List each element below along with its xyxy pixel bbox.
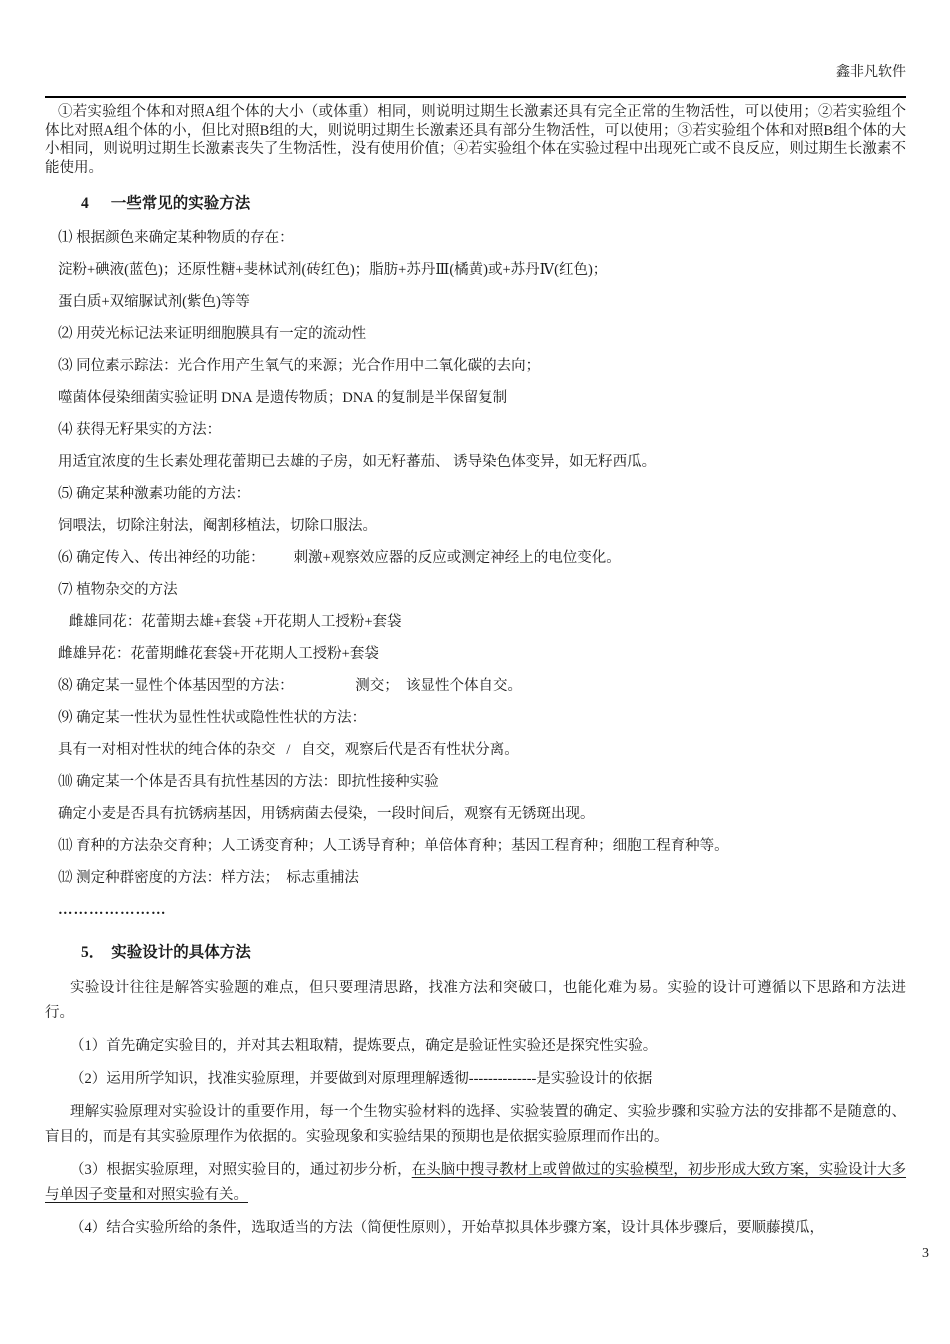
section4-item: ⑵ 用荧光标记法来证明细胞膜具有一定的流动性 (45, 325, 906, 344)
page-header: 鑫非凡软件 (45, 0, 906, 94)
page-number: 3 (922, 1246, 929, 1262)
section5-step-3: （3）根据实验原理，对照实验目的，通过初步分析，在头脑中搜寻教材上或曾做过的实验… (45, 1158, 906, 1208)
section5-step-1: （1）首先确定实验目的，并对其去粗取精，提炼要点，确定是验证性实验还是探究性实验… (45, 1034, 906, 1059)
intro-paragraph: ①若实验组个体和对照A组个体的大小（或体重）相同，则说明过期生长激素还具有完全正… (45, 103, 906, 177)
section4-item: ⑻ 确定某一显性个体基因型的方法： 测交； 该显性个体自交。 (45, 677, 906, 696)
section-4-title: 一些常见的实验方法 (111, 195, 251, 212)
section-5-heading: 5．实验设计的具体方法 (45, 940, 906, 962)
section4-item: 噬菌体侵染细菌实验证明 DNA 是遗传物质；DNA 的复制是半保留复制 (45, 389, 906, 408)
header-rule (45, 96, 906, 98)
section4-item: ⑸ 确定某种激素功能的方法： (45, 485, 906, 504)
section4-item: ⑹ 确定传入、传出神经的功能： 刺激+观察效应器的反应或测定神经上的电位变化。 (45, 549, 906, 568)
section4-item: ⑺ 植物杂交的方法 (45, 581, 906, 600)
section4-item: 雌雄异花：花蕾期雌花套袋+开花期人工授粉+套袋 (45, 645, 906, 664)
section4-item: ⑾ 育种的方法杂交育种；人工诱变育种；人工诱导育种；单倍体育种；基因工程育种；细… (45, 837, 906, 856)
section5-step-2: （2）运用所学知识，找准实验原理，并要做到对原理理解透彻------------… (45, 1067, 906, 1092)
section4-item: ⑼ 确定某一性状为显性性状或隐性性状的方法： (45, 709, 906, 728)
section5-paragraph: 理解实验原理对实验设计的重要作用，每一个生物实验材料的选择、实验装置的确定、实验… (45, 1100, 906, 1150)
section5-paragraph: 实验设计往往是解答实验题的难点，但只要理清思路，找准方法和突破口，也能化难为易。… (45, 976, 906, 1026)
header-watermark: 鑫非凡软件 (836, 65, 906, 80)
section-5-number: 5． (81, 940, 104, 962)
section4-item: ⑿ 测定种群密度的方法：样方法； 标志重捕法 (45, 869, 906, 888)
document-page: 鑫非凡软件 ①若实验组个体和对照A组个体的大小（或体重）相同，则说明过期生长激素… (0, 0, 950, 1344)
section4-item: ⑽ 确定某一个体是否具有抗性基因的方法：即抗性接种实验 (45, 773, 906, 792)
section4-item: 淀粉+碘液(蓝色)；还原性糖+斐林试剂(砖红色)；脂肪+苏丹Ⅲ(橘黄)或+苏丹Ⅳ… (45, 261, 906, 280)
section4-item: ⑷ 获得无籽果实的方法： (45, 421, 906, 440)
section5-step-4: （4）结合实验所给的条件，选取适当的方法（简便性原则），开始草拟具体步骤方案，设… (45, 1216, 906, 1241)
section4-item: 用适宜浓度的生长素处理花蕾期已去雄的子房，如无籽蕃茄、 诱导染色体变异，如无籽西… (45, 453, 906, 472)
step-3-plain-text: （3）根据实验原理，对照实验目的，通过初步分析， (70, 1162, 412, 1178)
section-4-number: 4 (81, 195, 89, 213)
section4-item: ⑶ 同位素示踪法：光合作用产生氧气的来源；光合作用中二氧化碳的去向； (45, 357, 906, 376)
section-4-heading: 4一些常见的实验方法 (45, 191, 906, 213)
section4-item: 雌雄同花：花蕾期去雄+套袋 +开花期人工授粉+套袋 (45, 613, 906, 632)
section4-item: 饲喂法，切除注射法，阉割移植法，切除口服法。 (45, 517, 906, 536)
section4-item: 具有一对相对性状的纯合体的杂交 / 自交，观察后代是否有性状分离。 (45, 741, 906, 760)
section4-item: ⑴ 根据颜色来确定某种物质的存在： (45, 229, 906, 248)
section4-item: 确定小麦是否具有抗锈病基因，用锈病菌去侵染，一段时间后，观察有无锈斑出现。 (45, 805, 906, 824)
section4-item: 蛋白质+双缩脲试剂(紫色)等等 (45, 293, 906, 312)
ellipsis-line: ………………… (45, 901, 906, 920)
section-5-title: 实验设计的具体方法 (111, 944, 251, 961)
